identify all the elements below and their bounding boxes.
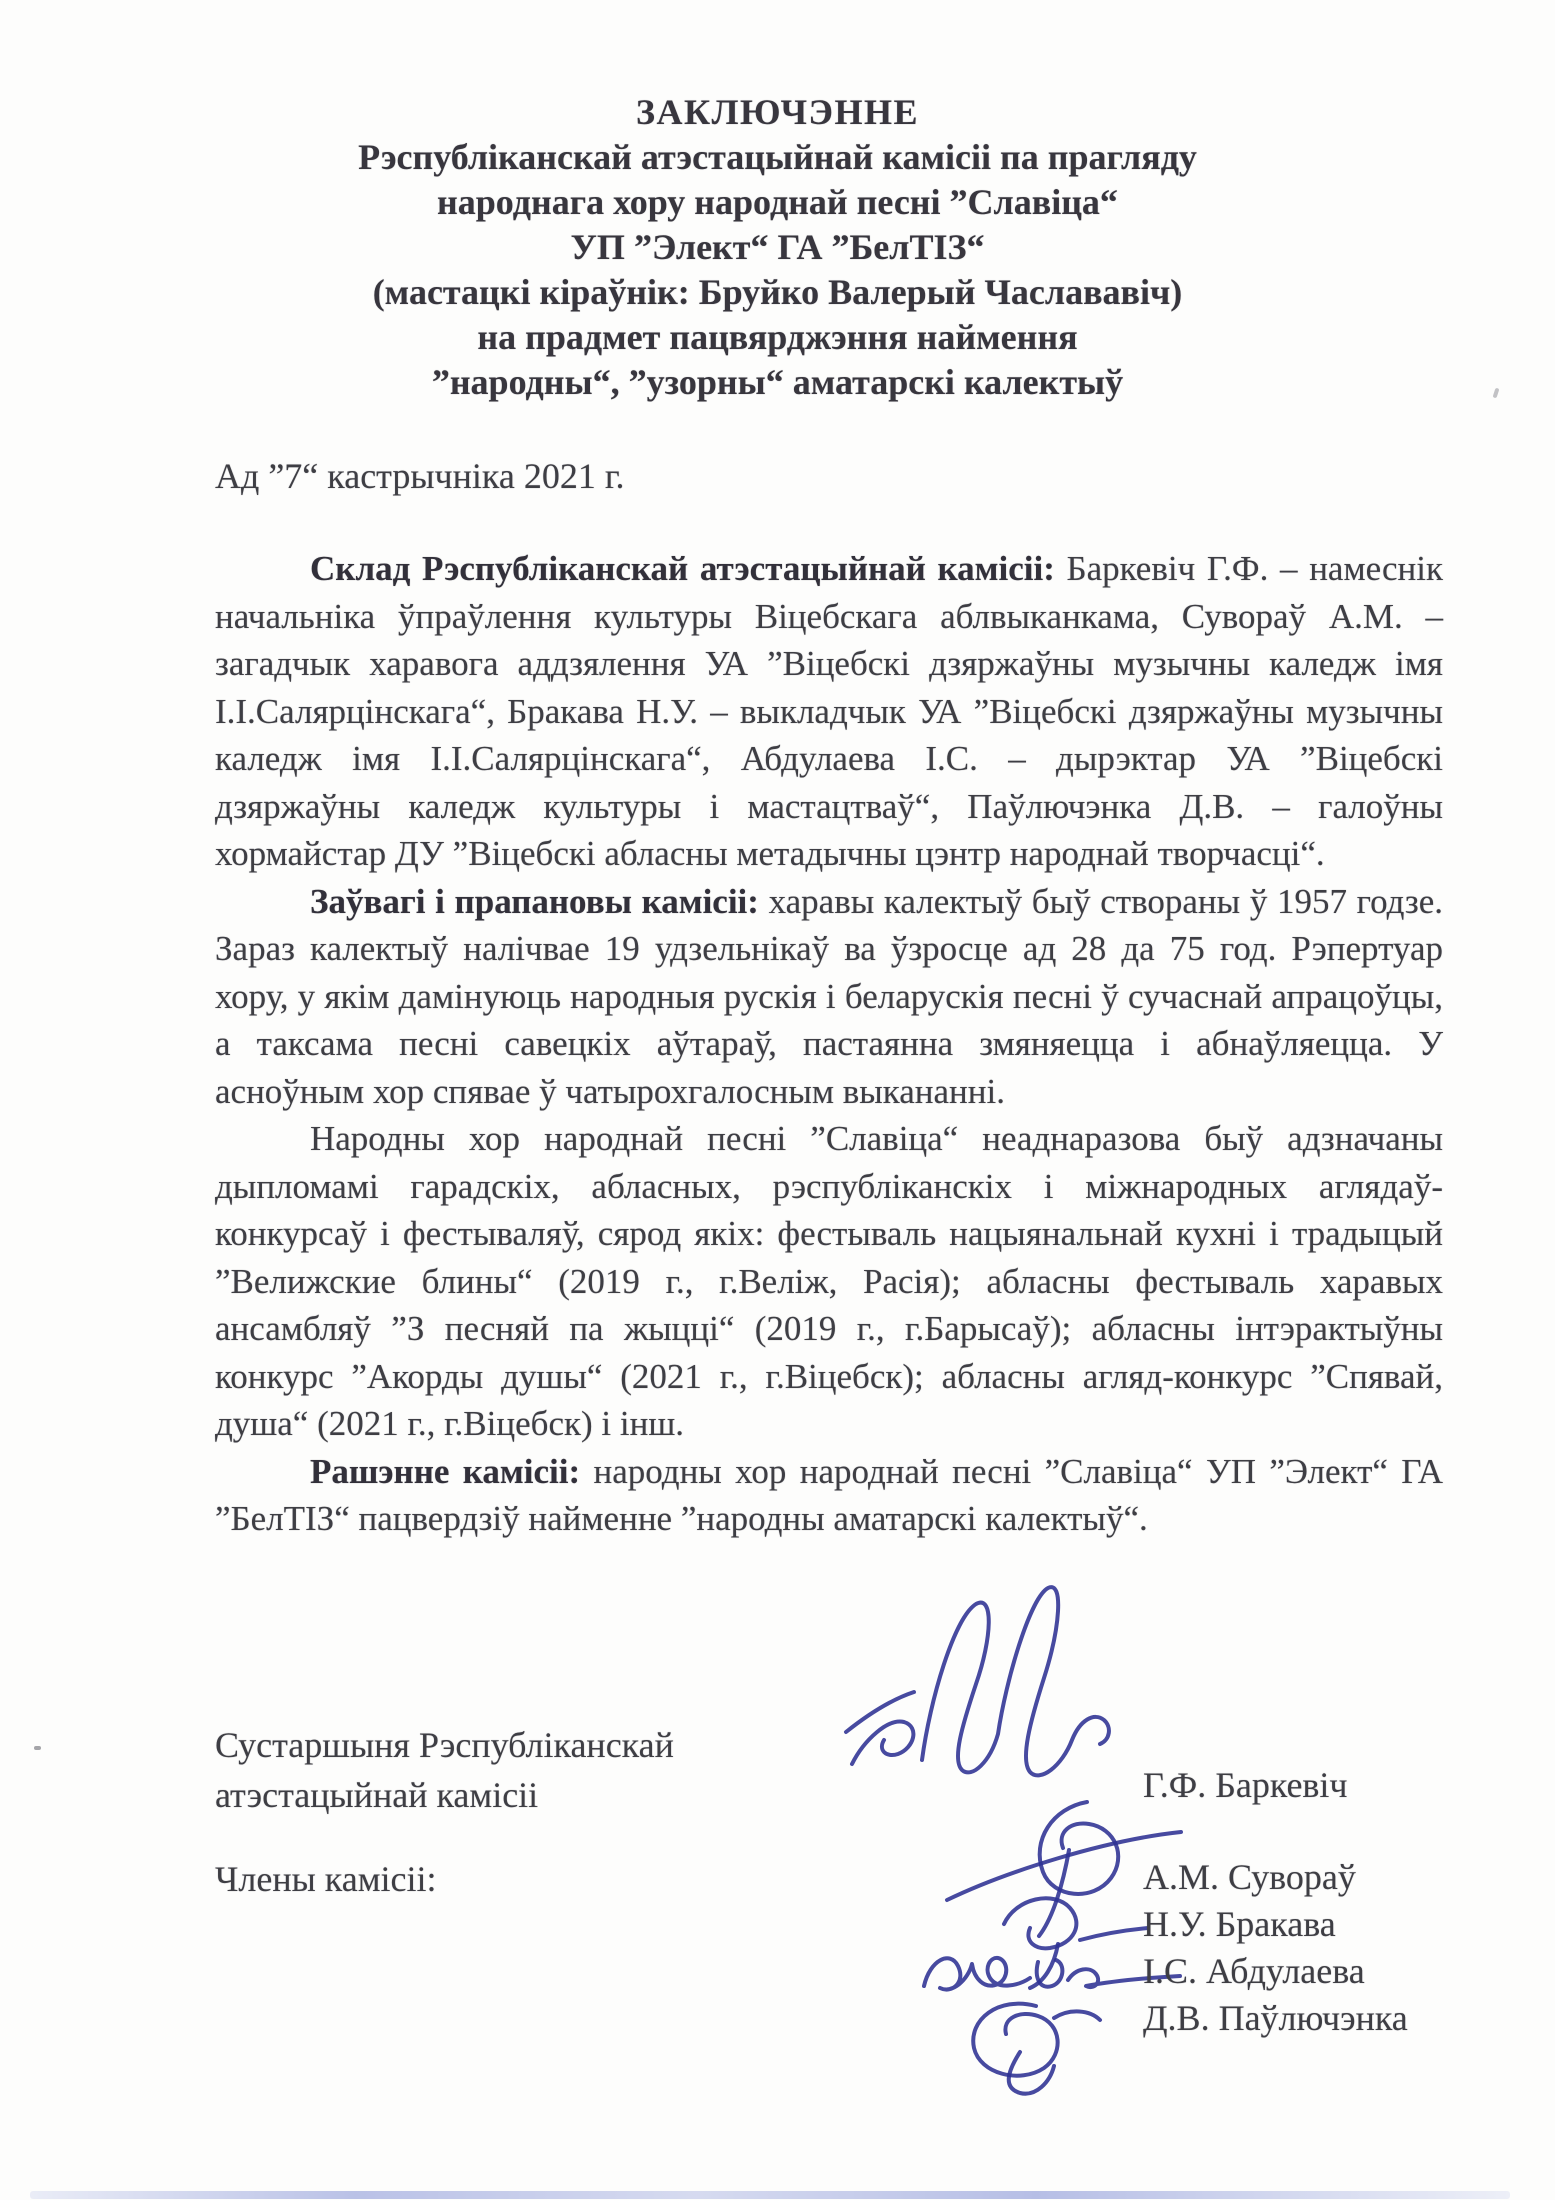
title-line: на прадмет пацвярджэння наймення bbox=[0, 315, 1555, 360]
signer-name-suvorau: А.М. Сувораў bbox=[1143, 1854, 1408, 1901]
cochair-label-line: атэстацыйнай камісіі bbox=[215, 1770, 674, 1820]
cochair-label-line: Сустаршыня Рэспубліканскай bbox=[215, 1720, 674, 1770]
title-line: ”народны“, ”узорны“ аматарскі калектыў bbox=[0, 360, 1555, 405]
signer-name-paulyuchenka: Д.В. Паўлючэнка bbox=[1143, 1995, 1408, 2042]
title-line: народнага хору народнай песні ”Славіца“ bbox=[0, 180, 1555, 225]
title-line-artistic-director: (мастацкі кіраўнік: Бруйко Валерый Часла… bbox=[0, 270, 1555, 315]
title-line: УП ”Элект“ ГА ”БелТІЗ“ bbox=[0, 225, 1555, 270]
title-line: Рэспубліканскай атэстацыйнай камісіі па … bbox=[0, 135, 1555, 180]
paragraph-lead: Рашэнне камісіі: bbox=[310, 1452, 594, 1491]
signer-name-brakava: Н.У. Бракава bbox=[1143, 1901, 1408, 1948]
scan-speck bbox=[34, 1746, 41, 1750]
signature-barkevich bbox=[838, 1572, 1158, 1802]
paragraph-lead: Заўвагі і прапановы камісіі: bbox=[310, 882, 769, 921]
document-header: ЗАКЛЮЧЭННЕ Рэспубліканскай атэстацыйнай … bbox=[0, 90, 1555, 405]
member-names-column: А.М. Сувораў Н.У. Бракава І.С. Абдулаева… bbox=[1143, 1854, 1408, 2042]
paragraph-lead: Склад Рэспубліканскай атэстацыйнай каміс… bbox=[310, 549, 1067, 588]
paragraph-commission-remarks: Заўвагі і прапановы камісіі: харавы кале… bbox=[215, 878, 1443, 1116]
signature-paulyuchenka bbox=[948, 1986, 1138, 2096]
members-label: Члены камісіі: bbox=[215, 1858, 436, 1900]
document-title: ЗАКЛЮЧЭННЕ bbox=[0, 90, 1555, 135]
signer-name-abdulaeva: І.С. Абдулаева bbox=[1143, 1948, 1408, 1995]
document-body: Склад Рэспубліканскай атэстацыйнай каміс… bbox=[215, 545, 1443, 1543]
cochair-label: Сустаршыня Рэспубліканскай атэстацыйнай … bbox=[215, 1720, 674, 1820]
paragraph-commission-decision: Рашэнне камісіі: народны хор народнай пе… bbox=[215, 1448, 1443, 1543]
date-line: Ад ”7“ кастрычніка 2021 г. bbox=[215, 455, 625, 497]
paragraph-text: Народны хор народнай песні ”Славіца“ неа… bbox=[215, 1119, 1443, 1443]
scanned-document-page: ЗАКЛЮЧЭННЕ Рэспубліканскай атэстацыйнай … bbox=[0, 0, 1555, 2200]
paragraph-text: Баркевіч Г.Ф. – намеснік начальніка ўпра… bbox=[215, 549, 1443, 873]
paragraph-commission-composition: Склад Рэспубліканскай атэстацыйнай каміс… bbox=[215, 545, 1443, 878]
paragraph-choir-achievements: Народны хор народнай песні ”Славіца“ неа… bbox=[215, 1115, 1443, 1448]
scan-edge-artifact bbox=[30, 2191, 1510, 2199]
